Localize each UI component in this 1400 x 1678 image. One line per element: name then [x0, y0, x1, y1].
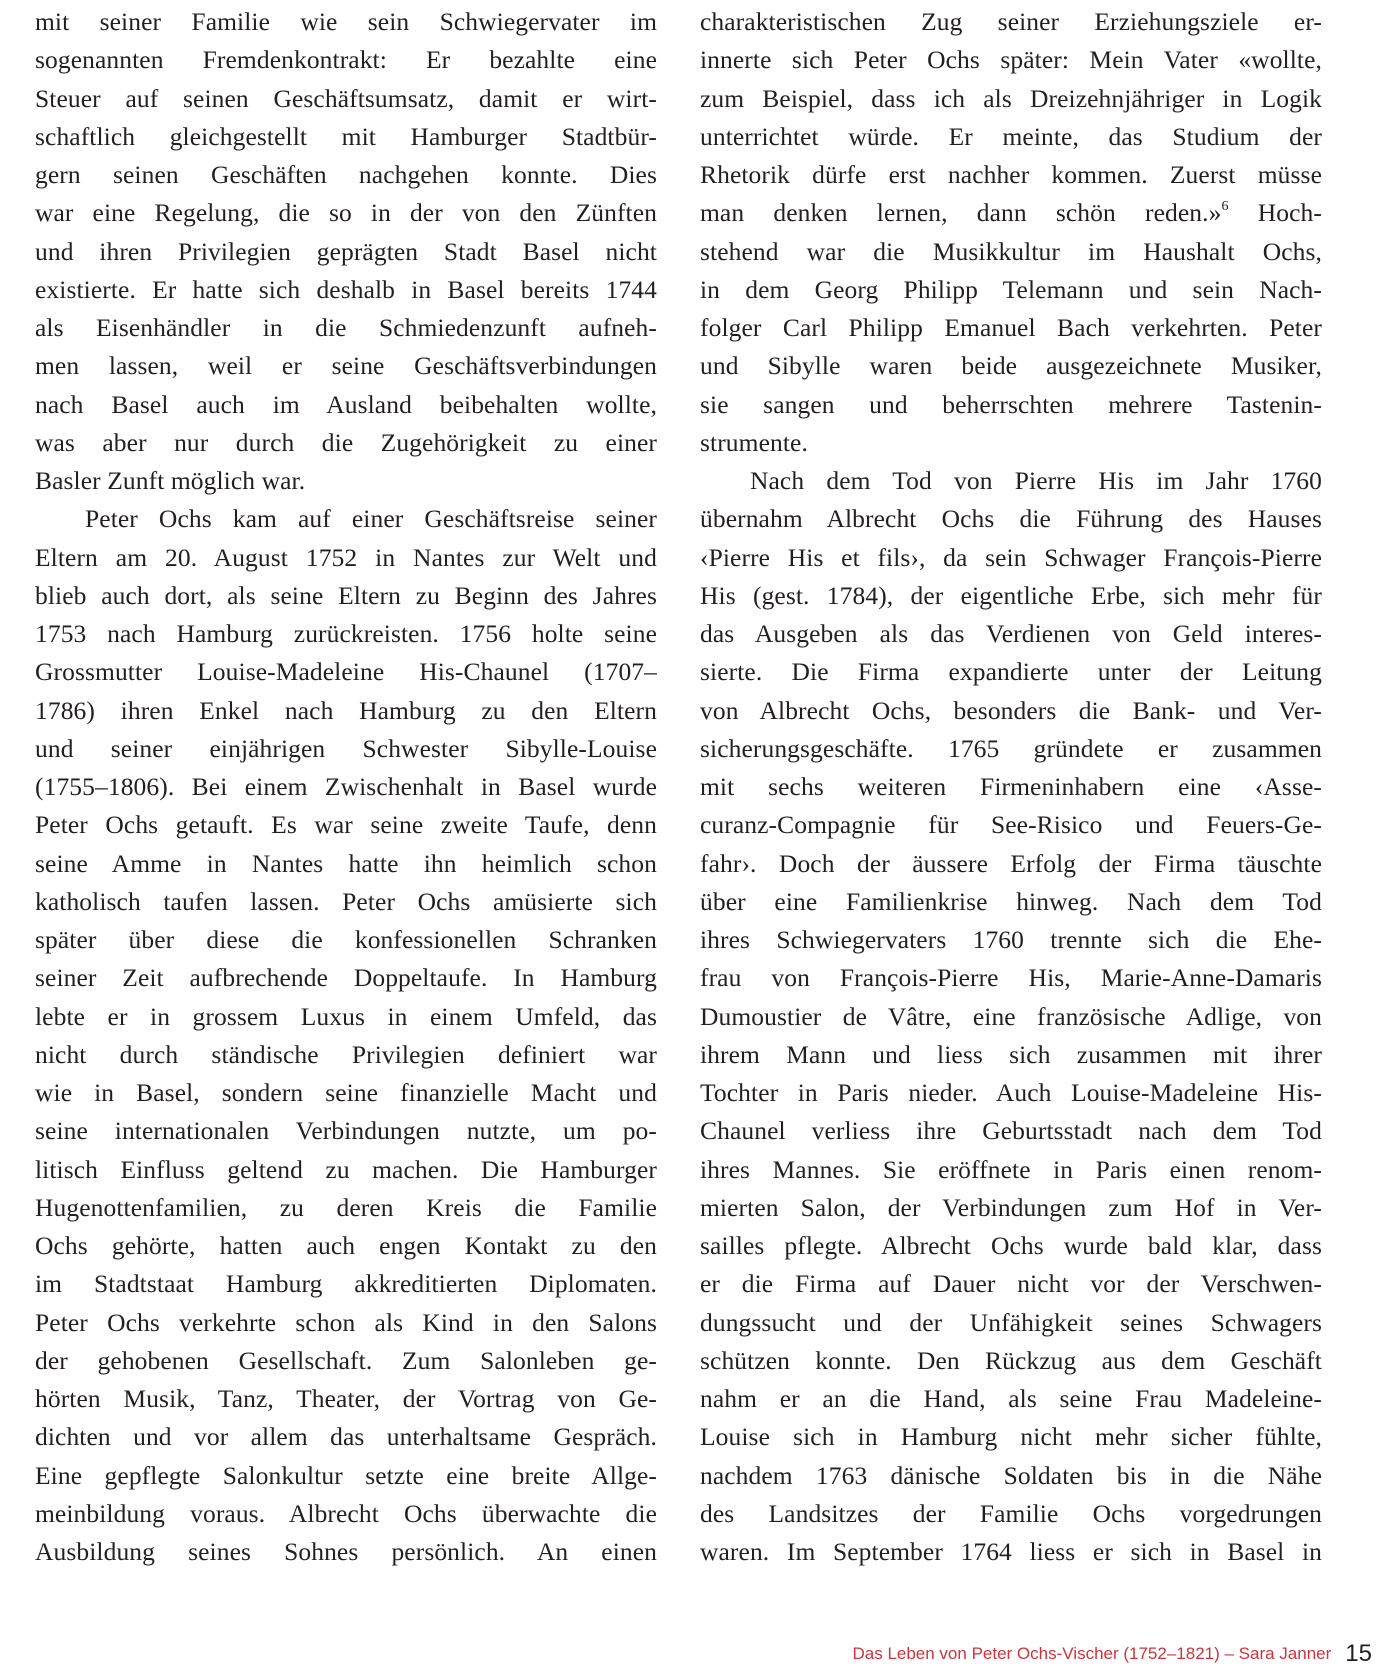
- text-line: über eine Familienkrise hinweg. Nach dem…: [700, 883, 1322, 921]
- text-line: was aber nur durch die Zugehörigkeit zu …: [35, 424, 657, 462]
- text-line: Ausbildung seines Sohnes persönlich. An …: [35, 1533, 657, 1571]
- text-line: des Landsitzes der Familie Ochs vorgedru…: [700, 1495, 1322, 1533]
- text-line: existierte. Er hatte sich deshalb in Bas…: [35, 271, 657, 309]
- left-text-column: mit seiner Familie wie sein Schwiegervat…: [35, 3, 657, 1571]
- quote-text: man denken lernen, dann schön reden.»: [700, 198, 1221, 227]
- paragraph-start-line: Nach dem Tod von Pierre His im Jahr 1760: [700, 462, 1322, 500]
- text-line: Dumoustier de Vâtre, eine französische A…: [700, 998, 1322, 1036]
- text-line: im Stadtstaat Hamburg akkreditierten Dip…: [35, 1265, 657, 1303]
- text-line: in dem Georg Philipp Telemann und sein N…: [700, 271, 1322, 309]
- text-line: meinbildung voraus. Albrecht Ochs überwa…: [35, 1495, 657, 1533]
- text-line: der gehobenen Gesellschaft. Zum Salonleb…: [35, 1342, 657, 1380]
- text-line: Peter Ochs verkehrte schon als Kind in d…: [35, 1304, 657, 1342]
- text-line: (1755–1806). Bei einem Zwischenhalt in B…: [35, 768, 657, 806]
- text-line: als Eisenhändler in die Schmiedenzunft a…: [35, 309, 657, 347]
- text-line: Eine gepflegte Salonkultur setzte eine b…: [35, 1457, 657, 1495]
- text-line: hörten Musik, Tanz, Theater, der Vortrag…: [35, 1380, 657, 1418]
- text-line: schützen konnte. Den Rückzug aus dem Ges…: [700, 1342, 1322, 1380]
- text-line: mit sechs weiteren Firmeninhabern eine ‹…: [700, 768, 1322, 806]
- book-page: mit seiner Familie wie sein Schwiegervat…: [0, 0, 1400, 1678]
- text-line: seine Amme in Nantes hatte ihn heimlich …: [35, 845, 657, 883]
- text-line: ihrem Mann und liess sich zusammen mit i…: [700, 1036, 1322, 1074]
- text-line: nicht durch ständische Privilegien defin…: [35, 1036, 657, 1074]
- text-line: His (gest. 1784), der eigentliche Erbe, …: [700, 577, 1322, 615]
- text-line: lebte er in grossem Luxus in einem Umfel…: [35, 998, 657, 1036]
- text-line: blieb auch dort, als seine Eltern zu Beg…: [35, 577, 657, 615]
- paragraph-end-line: strumente.: [700, 424, 1322, 462]
- page-footer: Das Leben von Peter Ochs-Vischer (1752–1…: [852, 1627, 1372, 1667]
- page-number: 15: [1345, 1641, 1372, 1667]
- text-line: dungssucht und der Unfähigkeit seines Sc…: [700, 1304, 1322, 1342]
- text-line: frau von François-Pierre His, Marie-Anne…: [700, 959, 1322, 997]
- text-line: Ochs gehörte, hatten auch engen Kontakt …: [35, 1227, 657, 1265]
- text-line: Grossmutter Louise-Madeleine His-Chaunel…: [35, 653, 657, 691]
- text-line: seine internationalen Verbindungen nutzt…: [35, 1112, 657, 1150]
- text-line: gern seinen Geschäften nachgehen konnte.…: [35, 156, 657, 194]
- line-tail: Hoch-: [1258, 198, 1322, 227]
- text-line: curanz-Compagnie für See-Risico und Feue…: [700, 806, 1322, 844]
- text-line: er die Firma auf Dauer nicht vor der Ver…: [700, 1265, 1322, 1303]
- text-line: sierte. Die Firma expandierte unter der …: [700, 653, 1322, 691]
- text-line: innerte sich Peter Ochs später: Mein Vat…: [700, 41, 1322, 79]
- text-line: später über diese die konfessionellen Sc…: [35, 921, 657, 959]
- text-line: sogenannten Fremdenkontrakt: Er bezahlte…: [35, 41, 657, 79]
- text-line: ihres Mannes. Sie eröffnete in Paris ein…: [700, 1151, 1322, 1189]
- text-line: men lassen, weil er seine Geschäftsverbi…: [35, 347, 657, 385]
- text-line: und ihren Privilegien geprägten Stadt Ba…: [35, 233, 657, 271]
- text-line: Tochter in Paris nieder. Auch Louise-Mad…: [700, 1074, 1322, 1112]
- text-line: ‹Pierre His et fils›, da sein Schwager F…: [700, 539, 1322, 577]
- text-line: katholisch taufen lassen. Peter Ochs amü…: [35, 883, 657, 921]
- text-line: Chaunel verliess ihre Geburtsstadt nach …: [700, 1112, 1322, 1150]
- text-line: von Albrecht Ochs, besonders die Bank- u…: [700, 692, 1322, 730]
- text-line: nahm er an die Hand, als seine Frau Made…: [700, 1380, 1322, 1418]
- text-line: 1753 nach Hamburg zurückreisten. 1756 ho…: [35, 615, 657, 653]
- text-line: Eltern am 20. August 1752 in Nantes zur …: [35, 539, 657, 577]
- text-line: das Ausgeben als das Verdienen von Geld …: [700, 615, 1322, 653]
- text-line: ihres Schwiegervaters 1760 trennte sich …: [700, 921, 1322, 959]
- text-line: wie in Basel, sondern seine finanzielle …: [35, 1074, 657, 1112]
- text-line: und Sibylle waren beide ausgezeichnete M…: [700, 347, 1322, 385]
- footnote-marker[interactable]: 6: [1221, 199, 1228, 214]
- text-line: nachdem 1763 dänische Soldaten bis in di…: [700, 1457, 1322, 1495]
- text-line: schaftlich gleichgestellt mit Hamburger …: [35, 118, 657, 156]
- text-line: Louise sich in Hamburg nicht mehr sicher…: [700, 1418, 1322, 1456]
- text-line: zum Beispiel, dass ich als Dreizehnjähri…: [700, 80, 1322, 118]
- text-line: Steuer auf seinen Geschäftsumsatz, damit…: [35, 80, 657, 118]
- text-line: waren. Im September 1764 liess er sich i…: [700, 1533, 1322, 1571]
- text-line: übernahm Albrecht Ochs die Führung des H…: [700, 500, 1322, 538]
- text-line: Rhetorik dürfe erst nachher kommen. Zuer…: [700, 156, 1322, 194]
- text-line: Peter Ochs getauft. Es war seine zweite …: [35, 806, 657, 844]
- text-line: sie sangen und beherrschten mehrere Tast…: [700, 386, 1322, 424]
- text-line: mit seiner Familie wie sein Schwiegervat…: [35, 3, 657, 41]
- right-text-column: charakteristischen Zug seiner Erziehungs…: [700, 3, 1322, 1571]
- text-line: 1786) ihren Enkel nach Hamburg zu den El…: [35, 692, 657, 730]
- text-line: und seiner einjährigen Schwester Sibylle…: [35, 730, 657, 768]
- paragraph-start-line: Peter Ochs kam auf einer Geschäftsreise …: [35, 500, 657, 538]
- text-line: nach Basel auch im Ausland beibehalten w…: [35, 386, 657, 424]
- footnote-line: man denken lernen, dann schön reden.»6 H…: [700, 194, 1322, 232]
- text-line: litisch Einfluss geltend zu machen. Die …: [35, 1151, 657, 1189]
- text-line: sicherungsgeschäfte. 1765 gründete er zu…: [700, 730, 1322, 768]
- text-line: mierten Salon, der Verbindungen zum Hof …: [700, 1189, 1322, 1227]
- text-line: stehend war die Musikkultur im Haushalt …: [700, 233, 1322, 271]
- text-line: Hugenottenfamilien, zu deren Kreis die F…: [35, 1189, 657, 1227]
- text-line: folger Carl Philipp Emanuel Bach verkehr…: [700, 309, 1322, 347]
- text-line: unterrichtet würde. Er meinte, das Studi…: [700, 118, 1322, 156]
- text-line: sailles pflegte. Albrecht Ochs wurde bal…: [700, 1227, 1322, 1265]
- text-line: dichten und vor allem das unterhaltsame …: [35, 1418, 657, 1456]
- running-title: Das Leben von Peter Ochs-Vischer (1752–1…: [852, 1644, 1331, 1667]
- paragraph-end-line: Basler Zunft möglich war.: [35, 462, 657, 500]
- text-line: charakteristischen Zug seiner Erziehungs…: [700, 3, 1322, 41]
- text-line: war eine Regelung, die so in der von den…: [35, 194, 657, 232]
- text-line: seiner Zeit aufbrechende Doppeltaufe. In…: [35, 959, 657, 997]
- text-line: fahr›. Doch der äussere Erfolg der Firma…: [700, 845, 1322, 883]
